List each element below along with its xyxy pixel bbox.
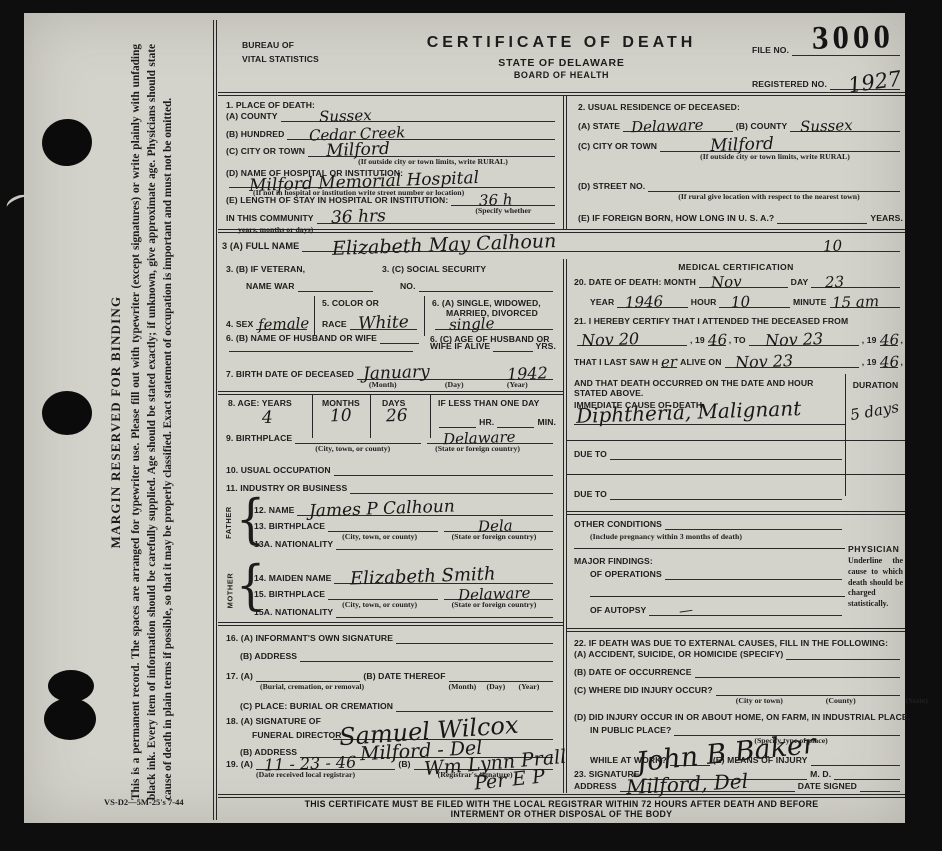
sec1-stay-line: 36 h (Specify whether	[451, 203, 555, 206]
occupation-row: 10. USUAL OCCUPATION	[226, 462, 556, 476]
last-saw-handwriting: Nov 23	[734, 351, 793, 372]
other-conditions-label: OTHER CONDITIONS	[574, 520, 662, 530]
column-divider-upper	[563, 96, 567, 229]
age-less-label: IF LESS THAN ONE DAY	[438, 398, 539, 408]
birthdate-line: January 1942 (Month) (Day) (Year)	[357, 377, 553, 380]
father-birthplace-row: 13. BIRTHPLACE (City, town, or county) D…	[254, 518, 556, 532]
sec22-c-hint-city: (City or town)	[736, 696, 783, 705]
occupation-line	[334, 473, 553, 476]
death-day-line: 23	[811, 285, 900, 288]
sec1-county-handwriting: Sussex	[318, 106, 371, 126]
sec22-d-row: IN PUBLIC PLACE? (Specify type of place)	[590, 722, 903, 736]
footer-line2: INTERMENT OR OTHER DISPOSAL OF THE BODY	[218, 809, 905, 819]
date-thereof-year-hint: (Year)	[519, 682, 540, 691]
certify-toyear-handwriting: 46	[879, 331, 899, 350]
fullname-top-rule	[218, 229, 905, 233]
other-conditions-line	[665, 527, 842, 530]
footer-rule	[218, 794, 905, 798]
file-no-label: FILE NO.	[752, 46, 789, 56]
sec2-street-hint: (If rural give location with respect to …	[678, 192, 859, 201]
burial-row: 17. (A) (Burial, cremation, or removal) …	[226, 668, 556, 682]
sec1-community-handwriting: 36 hrs	[330, 206, 386, 228]
due-to-line1	[610, 457, 842, 460]
sec2-state-county-row: (A) STATE Delaware (B) COUNTY Sussex	[578, 118, 903, 132]
registrar-label: (B)	[398, 760, 410, 770]
informant-address-label: (B) ADDRESS	[240, 652, 297, 662]
death-date-row2: YEAR 1946 HOUR 10 MINUTE 15 am	[590, 294, 903, 308]
birthplace-line1: (City, town, or county)	[295, 441, 421, 444]
mother-birthplace-line2: Delaware (State or foreign country)	[444, 597, 553, 600]
sec2-street-row: (D) STREET NO. (If rural give location w…	[578, 178, 903, 192]
sec22-a-label: (A) ACCIDENT, SUICIDE, OR HOMICIDE (SPEC…	[574, 650, 783, 660]
father-birthplace-line1: (City, town, or county)	[328, 529, 437, 532]
informant-row: 16. (A) INFORMANT'S OWN SIGNATURE	[226, 630, 556, 644]
date-thereof-month-hint: (Month)	[449, 682, 477, 691]
certify-to-line: Nov 23	[749, 343, 859, 346]
physician-address-row: ADDRESS Milford, Del DATE SIGNED	[574, 778, 903, 792]
last-saw-row: THAT I LAST SAW H er ALIVE ON Nov 23 , 1…	[574, 352, 903, 368]
race-label: RACE	[322, 320, 347, 330]
veteran-war-row: NAME WAR	[246, 278, 376, 292]
burial-place-line	[396, 709, 553, 712]
sec1-community-hint: years, months or days)	[238, 225, 313, 234]
fullname-label: 3 (A) FULL NAME	[222, 241, 299, 252]
burial-line: (Burial, cremation, or removal)	[256, 679, 360, 682]
marital-line: single	[435, 327, 553, 330]
burial-hint: (Burial, cremation, or removal)	[260, 682, 364, 691]
certify-toyear-line: 46	[880, 343, 898, 346]
sec1-city-label: (C) CITY OR TOWN	[226, 147, 305, 157]
sec1-community-line: 36 hrs	[317, 221, 555, 224]
cause-sep-line2	[567, 474, 905, 475]
age-min-label: MIN.	[537, 418, 556, 428]
sec2-state-label: (A) STATE	[578, 122, 620, 132]
father-nationality-label: 13A. NATIONALITY	[254, 540, 333, 550]
death-year-label: YEAR	[590, 298, 614, 308]
death-hour-line: 10	[719, 305, 789, 308]
sec2-street-line: (If rural give location with respect to …	[648, 189, 900, 192]
certify-comma1: ,	[901, 336, 904, 346]
external-causes-rule	[567, 628, 905, 632]
duration-label: DURATION	[848, 380, 903, 390]
physician-address-line: Milford, Del	[620, 789, 795, 792]
registrar-line: Wm Lynn Prall (Registrar's signature) Pe…	[414, 767, 553, 770]
certify-fromyear-handwriting: 46	[707, 331, 727, 350]
sex-row: 4. SEX female	[226, 316, 310, 330]
last-saw-hand-line: er	[661, 365, 677, 368]
registered-no-label: REGISTERED NO.	[752, 80, 827, 90]
sec22-b-row: (B) DATE OF OCCURRENCE	[574, 664, 903, 678]
death-hour-handwriting: 10	[731, 293, 751, 312]
binding-margin: MARGIN RESERVED FOR BINDING This is a pe…	[108, 38, 210, 806]
operations-line	[665, 577, 842, 580]
due-to-label2: DUE TO	[574, 490, 607, 500]
cause-sep-line1	[567, 440, 905, 441]
certify-year-pre3: , 19	[862, 358, 877, 368]
received-line: 11 - 23 - 46 (Date received local regist…	[256, 767, 395, 770]
margin-title: MARGIN RESERVED FOR BINDING	[108, 38, 124, 806]
occurred-label: AND THAT DEATH OCCURRED ON THE DATE AND …	[574, 378, 842, 398]
last-saw-her-handwriting: er	[661, 353, 678, 372]
certify-comma2: ,	[901, 358, 904, 368]
birthdate-row: 7. BIRTH DATE OF DECEASED January 1942 (…	[226, 364, 556, 380]
certify-to-label: , TO	[729, 336, 746, 346]
veteran-war-line	[298, 289, 373, 292]
age-years-handwriting: 4	[262, 408, 274, 428]
autopsy-line: —	[649, 613, 842, 616]
margin-instructions: This is a permanent record. The spaces a…	[128, 38, 176, 806]
ssn-label: 3. (C) SOCIAL SECURITY	[382, 264, 486, 274]
death-year-line: 1946	[617, 305, 687, 308]
veteran-label: 3. (B) IF VETERAN,	[226, 264, 305, 274]
father-side-label: FATHER	[224, 506, 233, 539]
medical-title: MEDICAL CERTIFICATION	[567, 262, 905, 272]
mother-birthplace-label: 15. BIRTHPLACE	[254, 590, 325, 600]
father-name-line: James P Calhoun	[297, 513, 553, 516]
sec22-d-label1: (D) DID INJURY OCCUR IN OR ABOUT HOME, O…	[574, 712, 910, 722]
birthplace-hint1: (City, town, or county)	[315, 444, 390, 453]
age-hr-label: HR.	[479, 418, 494, 428]
sec22-c-line: (City or town) (County) (State)	[716, 693, 900, 696]
wife-alive-line	[493, 349, 532, 352]
date-signed-label: DATE SIGNED	[798, 782, 857, 792]
burial-place-label: (C) PLACE: BURIAL OR CREMATION	[240, 702, 393, 712]
sec1-stay-label: (E) LENGTH OF STAY IN HOSPITAL OR INSTIT…	[226, 196, 448, 206]
date-thereof-line: (Month) (Day) (Year)	[449, 679, 553, 682]
director-label1: 18. (A) SIGNATURE OF	[226, 716, 321, 726]
header-rule	[218, 92, 905, 96]
physician-note: Underline the cause to which death shoul…	[848, 556, 903, 610]
mother-birthplace-row: 15. BIRTHPLACE (City, town, or county) D…	[254, 586, 556, 600]
birthplace-row: 9. BIRTHPLACE (City, town, or county) De…	[226, 428, 556, 444]
mother-name-label: 14. MAIDEN NAME	[254, 574, 331, 584]
file-no-row: FILE NO.	[752, 42, 903, 56]
race-row: RACE White	[322, 316, 420, 330]
registered-no-line: 1927	[830, 87, 900, 90]
sec22-c-hint-state: (State)	[906, 696, 928, 705]
husband-age-row: WIFE IF ALIVE YRS.	[430, 338, 556, 352]
father-birthplace-line2: Dela (State or foreign country)	[444, 529, 553, 532]
sec1-city-hint: (If outside city or town limits, write R…	[358, 157, 508, 166]
sec2-state-line: Delaware	[623, 129, 733, 132]
sec1-county-line: Sussex	[281, 119, 555, 122]
certify-from-row: Nov 20 , 19 46 , TO Nov 23 , 19 46 ,	[574, 330, 903, 346]
race-label-top: 5. COLOR OR	[322, 298, 379, 308]
death-minute-line: 15 am	[830, 305, 900, 308]
certify-fromyear-line: 46	[708, 343, 726, 346]
death-day-label: DAY	[791, 278, 809, 288]
occupation-label: 10. USUAL OCCUPATION	[226, 466, 331, 476]
sec22-a-line	[786, 657, 900, 660]
sec2-foreign-row: (E) IF FOREIGN BORN, HOW LONG IN U. S. A…	[578, 210, 903, 224]
form-code: VS-D2—5M-25's 7-44	[104, 797, 184, 807]
age-months-handwriting: 10	[330, 406, 352, 427]
received-hint: (Date received local registrar)	[256, 770, 355, 779]
death-hour-label: HOUR	[691, 298, 717, 308]
sec22-c-label: (C) WHERE DID INJURY OCCUR?	[574, 686, 713, 696]
death-day-handwriting: 23	[825, 273, 845, 292]
sec1-hundred-row: (B) HUNDRED Cedar Creek	[226, 126, 558, 140]
sec1-community-label: IN THIS COMMUNITY	[226, 214, 314, 224]
veteran-war-label: NAME WAR	[246, 282, 295, 292]
autopsy-stroke-handwriting: —	[678, 602, 694, 620]
industry-row: 11. INDUSTRY OR BUSINESS	[226, 480, 556, 494]
sec1-county-label: (A) COUNTY	[226, 112, 278, 122]
last-saw-line: Nov 23	[725, 365, 859, 368]
operations-label: OF OPERATIONS	[590, 570, 662, 580]
mother-nationality-label: 15A. NATIONALITY	[254, 608, 333, 618]
date-thereof-label: (B) DATE THEREOF	[363, 672, 445, 682]
other-conditions-hint: (Include pregnancy within 3 months of de…	[590, 532, 742, 541]
sec22-d-label2: IN PUBLIC PLACE?	[590, 726, 671, 736]
punch-hole-bottom-lower	[44, 698, 96, 740]
certify-year-pre1: , 19	[690, 336, 705, 346]
sec1-stay-row: (E) LENGTH OF STAY IN HOSPITAL OR INSTIT…	[226, 192, 558, 206]
last-saw-year-line: 46	[880, 365, 898, 368]
marital-label-top: 6. (A) SINGLE, WIDOWED,	[432, 298, 541, 308]
sec2-street-label: (D) STREET NO.	[578, 182, 645, 192]
death-date-row1: 20. DATE OF DEATH: MONTH Nov DAY 23	[574, 274, 903, 288]
autopsy-label: OF AUTOPSY	[590, 606, 646, 616]
sec22-c-row: (C) WHERE DID INJURY OCCUR? (City or tow…	[574, 682, 903, 696]
director-label2: FUNERAL DIRECTOR	[252, 730, 342, 740]
death-year-handwriting: 1946	[625, 292, 664, 311]
fullname-note-handwriting: 10	[823, 237, 843, 256]
operations-line2	[590, 596, 845, 597]
file-no-line	[792, 53, 900, 56]
due-to-row1: DUE TO	[574, 446, 845, 460]
burial-label: 17. (A)	[226, 672, 253, 682]
sec2-county-label: (B) COUNTY	[736, 122, 788, 132]
mother-birthplace-line1: (City, town, or county)	[328, 597, 437, 600]
registrar-row: 19. (A) 11 - 23 - 46 (Date received loca…	[226, 756, 556, 770]
major-findings-label: MAJOR FINDINGS:	[574, 556, 653, 566]
sec2-state-handwriting: Delaware	[631, 116, 704, 137]
sec22-b-label: (B) DATE OF OCCURRENCE	[574, 668, 692, 678]
sec2-city-row: (C) CITY OR TOWN Milford (If outside cit…	[578, 138, 903, 152]
due-to-row2: DUE TO	[574, 486, 845, 500]
physician-label: PHYSICIAN	[848, 544, 899, 554]
father-nationality-line	[336, 547, 553, 550]
mother-name-row: 14. MAIDEN NAME Elizabeth Smith	[254, 566, 556, 584]
mother-nationality-row: 15A. NATIONALITY	[254, 604, 556, 618]
informant-rule	[218, 622, 563, 626]
last-saw-label: THAT I LAST SAW H	[574, 358, 658, 368]
duration-column-border	[845, 374, 846, 496]
age-days-handwriting: 26	[386, 406, 408, 427]
certify-label: 21. I HEREBY CERTIFY THAT I ATTENDED THE…	[574, 316, 848, 326]
fullname-line: Elizabeth May Calhoun 10	[302, 249, 900, 252]
sec22-a-row: (A) ACCIDENT, SUICIDE, OR HOMICIDE (SPEC…	[574, 646, 903, 660]
industry-line	[350, 491, 553, 494]
birthplace-hint2: (State or foreign country)	[435, 444, 520, 453]
due-to-line2	[610, 497, 842, 500]
sec2-foreign-line	[777, 221, 867, 224]
informant-address-row: (B) ADDRESS	[240, 648, 556, 662]
sec1-hundred-label: (B) HUNDRED	[226, 130, 284, 140]
birthdate-label: 7. BIRTH DATE OF DECEASED	[226, 370, 354, 380]
registered-no-row: REGISTERED NO. 1927	[752, 76, 903, 90]
sec1-city-row: (C) CITY OR TOWN Milford (If outside cit…	[226, 143, 558, 157]
footer-line1: THIS CERTIFICATE MUST BE FILED WITH THE …	[218, 799, 905, 809]
sec2-county-handwriting: Sussex	[800, 116, 853, 136]
age-hr-min-row: HR. MIN.	[436, 414, 556, 428]
sec2-city-hint: (If outside city or town limits, write R…	[700, 152, 850, 161]
sec22-c-hint-county: (County)	[826, 696, 856, 705]
certify-year-pre2: , 19	[862, 336, 877, 346]
birthplace-label: 9. BIRTHPLACE	[226, 434, 292, 444]
mother-nationality-line	[336, 615, 553, 618]
death-minute-label: MINUTE	[793, 298, 827, 308]
yrs-suffix: YRS.	[536, 342, 556, 352]
sec1-hospital-row: Milford Memorial Hospital (If not in hos…	[226, 174, 558, 188]
sec2-foreign-suffix: YEARS.	[870, 214, 903, 224]
burial-place-row: (C) PLACE: BURIAL OR CREMATION	[240, 698, 556, 712]
certify-from-handwriting: Nov 20	[581, 329, 640, 350]
certify-to-handwriting: Nov 23	[764, 329, 823, 350]
marital-row: single	[432, 316, 556, 330]
autopsy-row: OF AUTOPSY —	[590, 602, 845, 616]
sec1-city-line: Milford (If outside city or town limits,…	[308, 154, 555, 157]
date-signed-line	[860, 789, 900, 792]
sec1-county-row: (A) COUNTY Sussex	[226, 108, 558, 122]
ssn-no-row: NO.	[400, 278, 556, 292]
other-conditions-rule	[567, 511, 905, 515]
other-conditions-row: OTHER CONDITIONS	[574, 516, 845, 530]
ssn-no-label: NO.	[400, 282, 416, 292]
death-month-label: 20. DATE OF DEATH: MONTH	[574, 278, 696, 288]
column-divider-lower	[563, 259, 567, 793]
sec2-county-line: Sussex	[790, 129, 900, 132]
birthdate-day-hint: (Day)	[445, 380, 464, 389]
due-to-label1: DUE TO	[574, 450, 607, 460]
age-row-rule	[218, 391, 563, 395]
age-years-label: 8. AGE: YEARS	[228, 398, 292, 408]
wife-alive-label: WIFE IF ALIVE	[430, 342, 490, 352]
father-birthplace-label: 13. BIRTHPLACE	[254, 522, 325, 532]
birthdate-year-hint: (Year)	[507, 380, 528, 389]
sec1-community-row: IN THIS COMMUNITY 36 hrs	[226, 210, 558, 224]
state-subtitle: STATE OF DELAWARE	[218, 57, 905, 69]
cell-divider-race-marital	[424, 296, 425, 336]
death-month-handwriting: Nov	[711, 272, 742, 291]
sec2-city-label: (C) CITY OR TOWN	[578, 142, 657, 152]
left-form-border	[213, 20, 217, 820]
other-conditions-line2	[574, 548, 845, 549]
mother-side-label: MOTHER	[225, 573, 234, 609]
punch-hole-middle	[42, 391, 92, 435]
sec1-hospital-line: Milford Memorial Hospital (If not in hos…	[229, 185, 555, 188]
father-nationality-row: 13A. NATIONALITY	[254, 536, 556, 550]
fullname-row: 3 (A) FULL NAME Elizabeth May Calhoun 10	[222, 234, 903, 252]
sec2-city-line: Milford (If outside city or town limits,…	[660, 149, 900, 152]
death-minute-handwriting: 15 am	[831, 292, 879, 312]
physician-address-label: ADDRESS	[574, 782, 617, 792]
informant-line	[396, 641, 553, 644]
sex-label: 4. SEX	[226, 320, 253, 330]
sec2-title: 2. USUAL RESIDENCE OF DECEASED:	[578, 102, 740, 112]
sec22-b-line	[695, 675, 900, 678]
father-name-row: 12. NAME James P Calhoun	[254, 500, 556, 516]
birthplace-line2: Delaware (State or foreign country)	[427, 441, 553, 444]
scanned-death-certificate: MARGIN RESERVED FOR BINDING This is a pe…	[0, 0, 942, 851]
alive-on-label: ALIVE ON	[680, 358, 721, 368]
informant-label: 16. (A) INFORMANT'S OWN SIGNATURE	[226, 634, 393, 644]
informant-address-line	[300, 659, 553, 662]
birthdate-month-hint: (Month)	[369, 380, 397, 389]
received-label: 19. (A)	[226, 760, 253, 770]
husband-blank-row	[226, 338, 416, 352]
operations-row: OF OPERATIONS	[590, 566, 845, 580]
date-thereof-day-hint: (Day)	[487, 682, 506, 691]
death-month-line: Nov	[699, 285, 788, 288]
marital-handwriting: single	[449, 314, 495, 334]
last-saw-year-handwriting: 46	[879, 353, 899, 372]
ssn-no-line	[419, 289, 553, 292]
sec1-hundred-line: Cedar Creek	[287, 137, 555, 140]
sec2-foreign-label: (E) IF FOREIGN BORN, HOW LONG IN U. S. A…	[578, 214, 774, 224]
certify-from-line: Nov 20	[577, 343, 687, 346]
husband-blank-line	[229, 349, 413, 352]
father-name-label: 12. NAME	[254, 506, 294, 516]
